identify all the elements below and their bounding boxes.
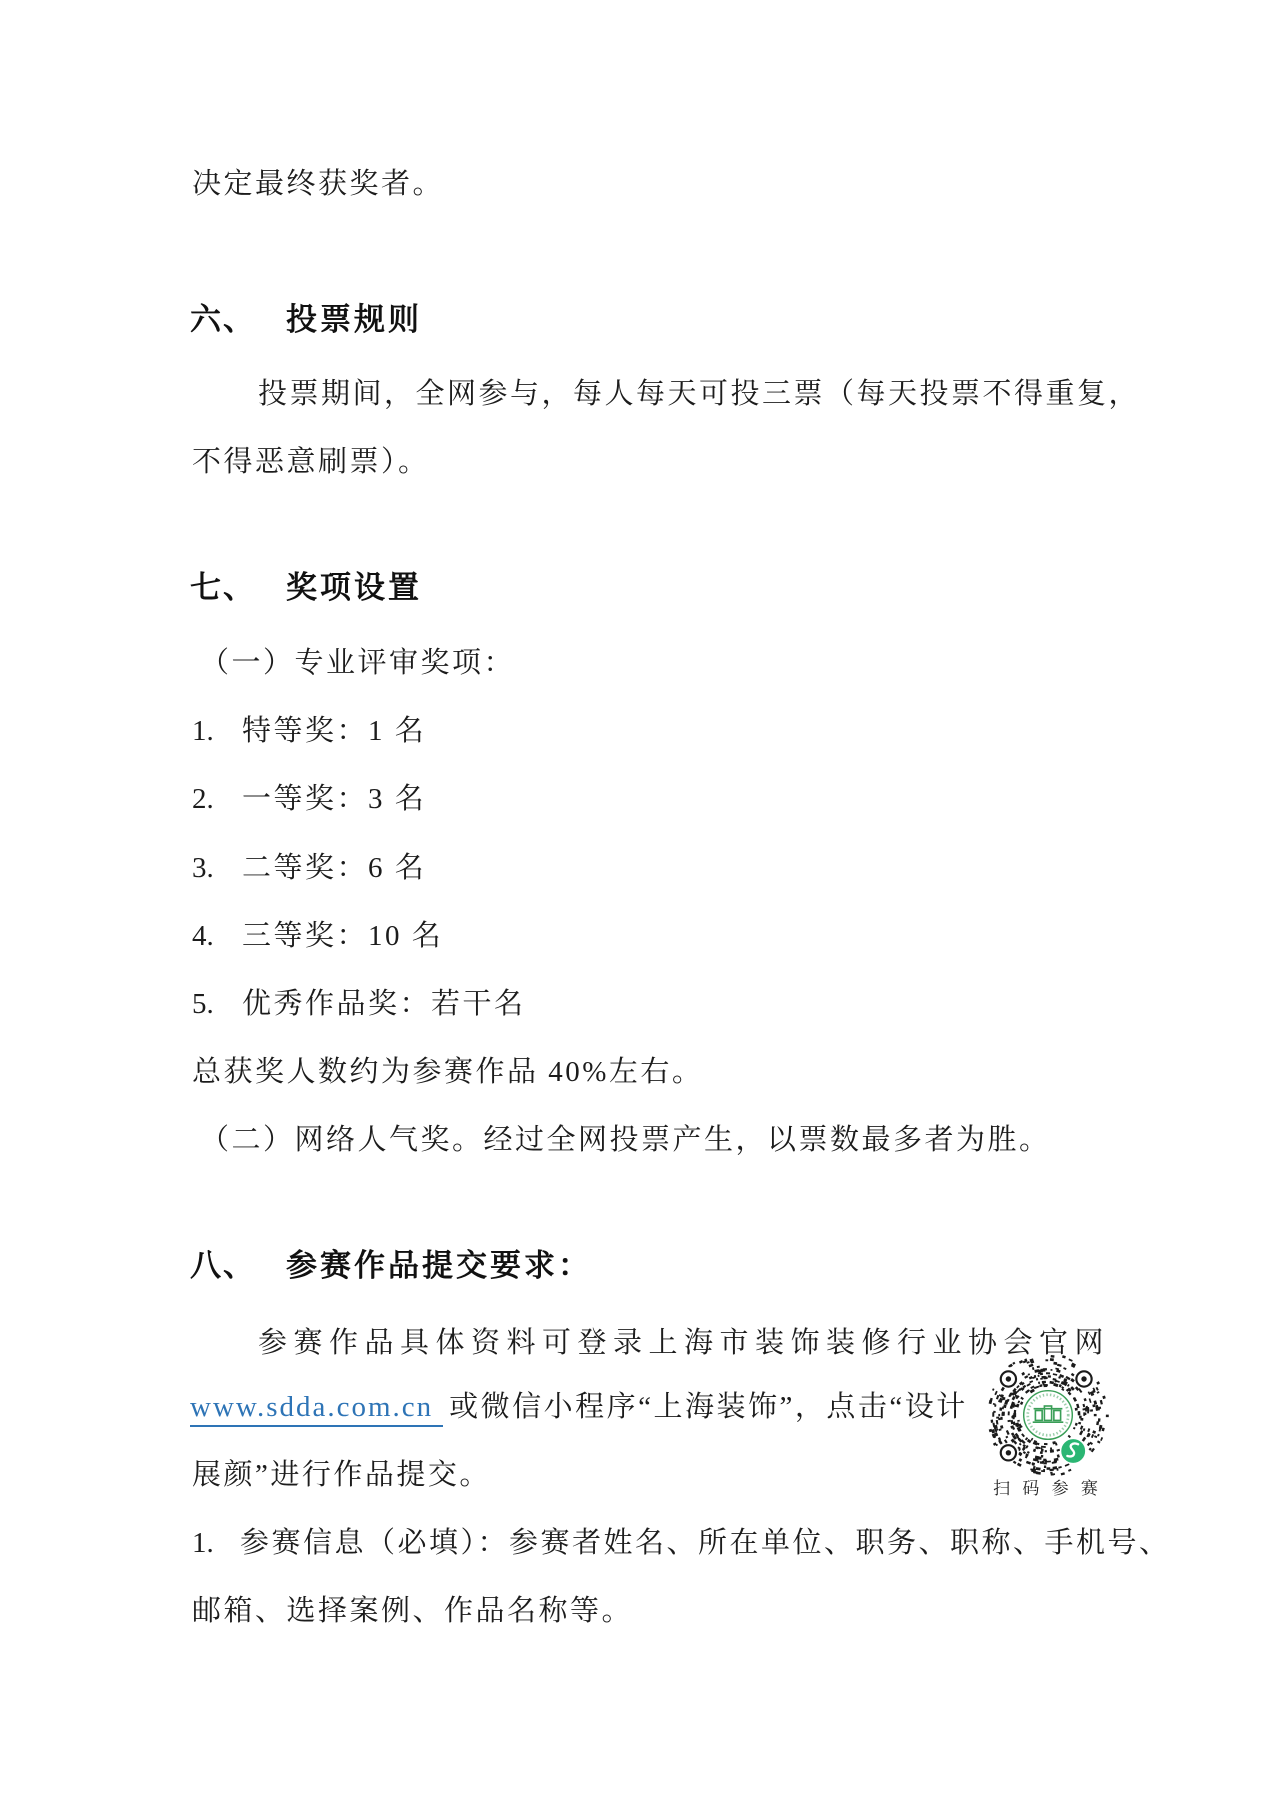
award-number: 2.	[192, 782, 242, 816]
award-number: 3.	[192, 851, 242, 885]
website-link[interactable]: www.sdda.com.cn	[190, 1391, 443, 1427]
section-six-heading: 六、投票规则	[190, 303, 422, 337]
award-number: 5.	[192, 987, 242, 1021]
qr-logo-icon	[1021, 1388, 1075, 1442]
document-page: 决定最终获奖者。 六、投票规则 投票期间，全网参与，每人每天可投三票（每天投票不…	[0, 0, 1280, 1809]
award-label: 优秀作品奖：若干名	[242, 988, 526, 1020]
voting-rules-line2: 不得恶意刷票）。	[192, 445, 430, 479]
award-label: 一等奖：3 名	[242, 783, 426, 815]
award-item: 5.优秀作品奖：若干名	[192, 987, 526, 1021]
submission-info-line2: www.sdda.com.cn或微信小程序“上海装饰”，点击“设计	[190, 1390, 968, 1424]
section-seven-title: 奖项设置	[286, 570, 422, 605]
award-label: 二等奖：6 名	[242, 852, 426, 884]
leading-paragraph-end: 决定最终获奖者。	[192, 167, 444, 201]
submission-info-line2-rest: 或微信小程序“上海装饰”，点击“设计	[449, 1391, 968, 1423]
award-item: 2.一等奖：3 名	[192, 782, 426, 816]
section-six-title: 投票规则	[286, 302, 422, 337]
award-number: 4.	[192, 919, 242, 953]
award-label: 特等奖：1 名	[242, 715, 426, 747]
voting-rules-line1: 投票期间，全网参与，每人每天可投三票（每天投票不得重复，	[258, 377, 1140, 411]
entry-info-line2: 邮箱、选择案例、作品名称等。	[192, 1594, 633, 1628]
qr-code	[985, 1352, 1111, 1478]
award-item: 1.特等奖：1 名	[192, 714, 426, 748]
total-winners-note: 总获奖人数约为参赛作品 40%左右。	[192, 1055, 703, 1089]
qr-caption: 扫 码 参 赛	[975, 1474, 1120, 1499]
award-item: 3.二等奖：6 名	[192, 851, 426, 885]
section-six-number: 六、	[190, 302, 256, 337]
entry-info-line1: 参赛信息（必填）：参赛者姓名、所在单位、职务、职称、手机号、	[240, 1527, 1171, 1559]
section-seven-number: 七、	[190, 570, 256, 605]
award-item: 4.三等奖：10 名	[192, 919, 443, 953]
section-seven-heading: 七、奖项设置	[190, 571, 422, 605]
jury-awards-subheading: （一）专业评审奖项：	[200, 646, 515, 680]
section-eight-heading: 八、参赛作品提交要求：	[190, 1249, 592, 1283]
wechat-miniprogram-icon	[1061, 1438, 1086, 1463]
award-number: 1.	[192, 714, 242, 748]
section-eight-title: 参赛作品提交要求：	[286, 1248, 592, 1283]
entry-info-item: 1.参赛信息（必填）：参赛者姓名、所在单位、职务、职称、手机号、	[192, 1526, 1171, 1560]
award-label: 三等奖：10 名	[242, 920, 443, 952]
section-eight-number: 八、	[190, 1248, 256, 1283]
entry-info-number: 1.	[192, 1526, 240, 1560]
submission-info-line3: 展颜”进行作品提交。	[192, 1458, 491, 1492]
submission-info-line1: 参赛作品具体资料可登录上海市装饰装修行业协会官网	[258, 1326, 1110, 1360]
popularity-award-line: （二）网络人气奖。经过全网投票产生，以票数最多者为胜。	[200, 1123, 1051, 1157]
